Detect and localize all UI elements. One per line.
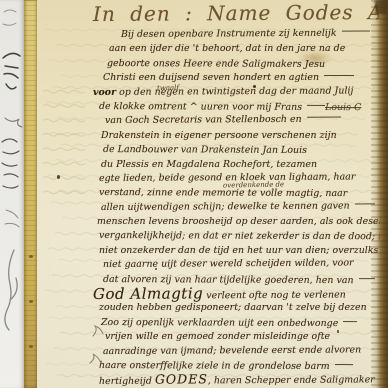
handwritten-text: voor	[93, 86, 116, 97]
handwritten-text: op den negen en twintigsten dag der maan…	[116, 85, 353, 97]
fore-edge-speck	[29, 345, 33, 348]
manuscript-line: God Almagtig verleent ofte nog te verlen…	[93, 285, 388, 301]
manuscript-line: allen uijtwendigen schijn; dewelke te ke…	[101, 199, 388, 215]
line-end-flourish	[335, 363, 353, 365]
manuscript-line: Christi een duijsend seven hondert en ag…	[103, 71, 388, 85]
line-end-flourish	[359, 277, 375, 279]
handwritten-text: vergankelijkheijd; en dat er niet zekerd…	[99, 230, 388, 242]
handwritten-text: vrijen wille en gemoed zonder misleiding…	[105, 331, 330, 342]
manuscript-line: menschen levens broosheijd op deser aard…	[97, 215, 388, 229]
manuscript-line: Bij desen openbare Instrumente zij kenne…	[121, 26, 388, 42]
manuscript-line: de Landbouwer van Drakenstein Jan Louis	[103, 143, 388, 159]
book-fore-edge	[24, 0, 38, 388]
handwritten-text: Louis C	[325, 102, 361, 113]
line-end-flourish	[342, 29, 370, 31]
handwritten-text: Christi een duijsend seven hondert en ag…	[103, 72, 319, 83]
handwritten-text: geboorte onses Heere ende Saligmakers Je…	[107, 58, 325, 70]
handwritten-text: zouden hebben gedisponeert; daarvan 't z…	[99, 302, 367, 313]
adjacent-page	[0, 0, 25, 388]
line-end-flourish	[307, 104, 325, 106]
handwritten-text: verleent ofte nog te verlenen	[203, 289, 346, 301]
interline-insertion: twaalf	[157, 84, 179, 92]
manuscript-line: voor op den negen en twintigsten dag der…	[93, 84, 388, 100]
handwritten-text: aanradinge van ijmand; bevelende eerst e…	[103, 344, 361, 357]
handwritten-text: God Almagtig	[93, 284, 203, 303]
line-end-flourish	[307, 116, 341, 118]
handwritten-text: niet onzekerder dan de tijd en het uur v…	[99, 245, 378, 256]
manuscript-line: hertigheijd GODES, haren Schepper ende S…	[99, 372, 388, 388]
interline-insertion: overdenkende de	[223, 180, 284, 189]
manuscript-line: Zoo zij openlijk verklaarden uijt een on…	[101, 316, 388, 332]
manuscript-photo: In den : Name Godes Amen Bij desen openb…	[0, 0, 388, 388]
manuscript-page: In den : Name Godes Amen Bij desen openb…	[37, 0, 388, 388]
handwritten-text: niet gaarne uijt deser wereld scheijden …	[103, 258, 354, 271]
handwritten-text: Bij desen openbare Instrumente zij kenne…	[121, 28, 337, 40]
adjacent-page-writing-fragments	[0, 0, 25, 388]
handwritten-text: Zoo zij openlijk verklaarden uijt een on…	[101, 317, 338, 329]
handwritten-text: van Goch Secretaris van Stellenbosch en	[105, 114, 302, 126]
manuscript-body: Bij desen openbare Instrumente zij kenne…	[97, 28, 388, 388]
manuscript-line: vrijen wille en gemoed zonder misleiding…	[105, 330, 388, 344]
manuscript-line: Drakenstein in eigener persoone verschen…	[101, 129, 388, 143]
handwritten-text: hertigheijd	[99, 376, 155, 387]
handwritten-text: du Plessis en Magdalena Rochefort, tezam…	[101, 159, 317, 170]
fore-edge-speck	[29, 255, 33, 258]
handwritten-text: , haren Schepper ende Saligmaker	[208, 375, 375, 387]
manuscript-line: aanradinge van ijmand; bevelende eerst e…	[103, 343, 388, 359]
handwritten-text: GODES	[155, 372, 208, 387]
manuscript-line: vergankelijkheijd; en dat er niet zekerd…	[99, 229, 388, 245]
handwritten-text: haare onsterffelijke ziele in de grondel…	[99, 360, 330, 372]
handwritten-text: allen uijtwendigen schijn; dewelke te ke…	[101, 200, 350, 213]
manuscript-line: geboorte onses Heere ende Saligmakers Je…	[107, 57, 388, 73]
line-end-flourish	[343, 320, 357, 322]
handwritten-text: aan een ijder die 't behoort, dat in den…	[109, 43, 345, 54]
handwritten-text: de klokke omtrent ^ uuren voor mij Frans	[99, 101, 302, 113]
manuscript-line: zouden hebben gedisponeert; daarvan 't z…	[99, 301, 388, 315]
manuscript-text: In den : Name Godes Amen Bij desen openb…	[97, 0, 388, 388]
manuscript-line: aan een ijder die 't behoort, dat in den…	[109, 42, 388, 56]
paper-speck	[57, 175, 60, 179]
fore-edge-speck	[29, 300, 33, 303]
line-end-flourish	[324, 74, 354, 76]
manuscript-line: van Goch Secretaris van Stellenbosch en	[105, 113, 388, 129]
document-title: In den : Name Godes Amen	[93, 0, 388, 26]
line-end-flourish	[355, 202, 375, 204]
manuscript-line: niet gaarne uijt deser wereld scheijden …	[103, 257, 388, 273]
handwritten-text: Drakenstein in eigener persoone verschen…	[101, 130, 337, 141]
handwritten-text: menschen levens broosheijd op deser aard…	[97, 216, 388, 227]
handwritten-text: de Landbouwer van Drakenstein Jan Louis	[103, 144, 307, 156]
